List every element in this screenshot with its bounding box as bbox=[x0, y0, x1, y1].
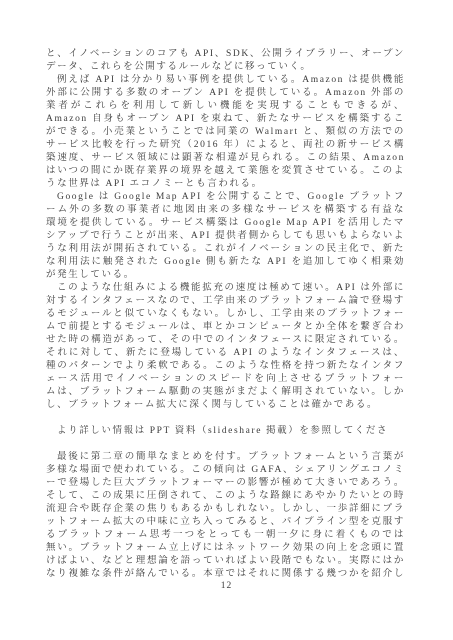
text-line: より詳しい情報は PPT 資料（slideshare 掲載）を参照してください。 bbox=[46, 425, 405, 438]
text-line: 築速度、サービス領域には顕著な相違が見られる。この結果、Amazon bbox=[46, 152, 405, 165]
text-line: Google は Google Map API を公開することで、Google … bbox=[46, 191, 405, 204]
text-line: 例えば API は分かり易い事例を提供している。Amazon は提供機能を bbox=[46, 74, 405, 87]
text-line: ーム外の多数の事業者に地図由来の多様なサービスを構築する有益な bbox=[46, 204, 405, 217]
page-number: 12 bbox=[0, 581, 453, 591]
text-line: るプラットフォーム思考一つをとっても一朝一夕に身に着くものでは bbox=[46, 529, 405, 542]
text-line: そして、この成果に圧倒されて、このような路線にあやかりたいとの時 bbox=[46, 490, 405, 503]
text-line: データ、これらを公開するルールなどに移っていく。 bbox=[46, 61, 405, 74]
text-line: はいつの間にか既存業界の境界を越えて業態を変質させている。このよ bbox=[46, 165, 405, 178]
text-line: 外部に公開する多数のオープン API を提供している。Amazon 外部の事 bbox=[46, 87, 405, 100]
blank-line bbox=[46, 438, 405, 451]
text-line: し、プラットフォーム拡大に深く関与していることは確かである。 bbox=[46, 399, 405, 412]
text-line: 最後に第二章の簡単なまとめを付す。プラットフォームという言葉が bbox=[46, 451, 405, 464]
text-line: けばよい、などと理想論を語っていればよい段階でもない。実際にはか bbox=[46, 555, 405, 568]
text-line: Amazon 自身もオープン API を束ねて、新たなサービスを構築すること bbox=[46, 113, 405, 126]
text-line: な利用法に触発された Google 側も新たな API を追加してゆく相乗効果 bbox=[46, 256, 405, 269]
document-page: と、イノベーションのコアも API、SDK、公開ライブラリー、オープンデータ、こ… bbox=[0, 0, 453, 640]
text-line: うな利用法が開拓されている。これがイノベーションの民主化で、新た bbox=[46, 243, 405, 256]
document-body: と、イノベーションのコアも API、SDK、公開ライブラリー、オープンデータ、こ… bbox=[46, 48, 405, 581]
text-line: 業者がこれらを利用して新しい機能を実現することもできるが、 bbox=[46, 100, 405, 113]
text-line: サービス比較を行った研究（2016 年）によると、両社の新サービス構 bbox=[46, 139, 405, 152]
text-line: それに対して、新たに登場している API のようなインタフェースは、一 bbox=[46, 347, 405, 360]
text-line: ーで登場した巨大プラットフォーマーの影響が極めて大きいであろう。 bbox=[46, 477, 405, 490]
text-line: 環境を提供している。サービス構築は Google Map API を活用したマッ bbox=[46, 217, 405, 230]
text-line: 対するインタフェースなので、工学由来のプラットフォーム論で登場す bbox=[46, 295, 405, 308]
text-line: ムで前提とするモジュールは、車とかコンピュータとか全体を繋ぎ合わ bbox=[46, 321, 405, 334]
text-line: なり複雑な条件が絡んでいる。本章ではそれに関係する幾つかを紹介し bbox=[46, 568, 405, 581]
text-line: ができる。小売業ということでは同業の Walmart と、類似の方法での bbox=[46, 126, 405, 139]
text-line: せた時の構造があって、その中でのインタフェースに限定されている。 bbox=[46, 334, 405, 347]
text-line: と、イノベーションのコアも API、SDK、公開ライブラリー、オープン bbox=[46, 48, 405, 61]
blank-line bbox=[46, 412, 405, 425]
text-line: シアップで行うことが出来、API 提供者側からしても思いもよらないよ bbox=[46, 230, 405, 243]
text-line: るモジュールと似ていなくもない。しかし、工学由来のプラットフォー bbox=[46, 308, 405, 321]
text-line: 多様な場面で使われている。この傾向は GAFA、シェアリングエコノミ bbox=[46, 464, 405, 477]
text-line: ットフォーム拡大の中味に立ち入ってみると、パイプライン型を克服す bbox=[46, 516, 405, 529]
text-line: うな世界は API エコノミーとも言われる。 bbox=[46, 178, 405, 191]
text-line: ェース活用でイノベーションのスピードを向上させるプラットフォー bbox=[46, 373, 405, 386]
text-line: が発生している。 bbox=[46, 269, 405, 282]
text-line: 無い。プラットフォーム立上げにはネットワーク効果の向上を念頭に置 bbox=[46, 542, 405, 555]
text-line: 種のパターンでより柔軟である。このような性格を持つ新たなインタフ bbox=[46, 360, 405, 373]
text-line: 流迎合や既存企業の焦りもあるかもしれない。しかし、一歩詳細にプラ bbox=[46, 503, 405, 516]
text-line: ムは、プラットフォーム駆動の実態がまだよく解明されていない。しか bbox=[46, 386, 405, 399]
text-line: このような仕組みによる機能拡充の速度は極めて速い。API は外部に bbox=[46, 282, 405, 295]
